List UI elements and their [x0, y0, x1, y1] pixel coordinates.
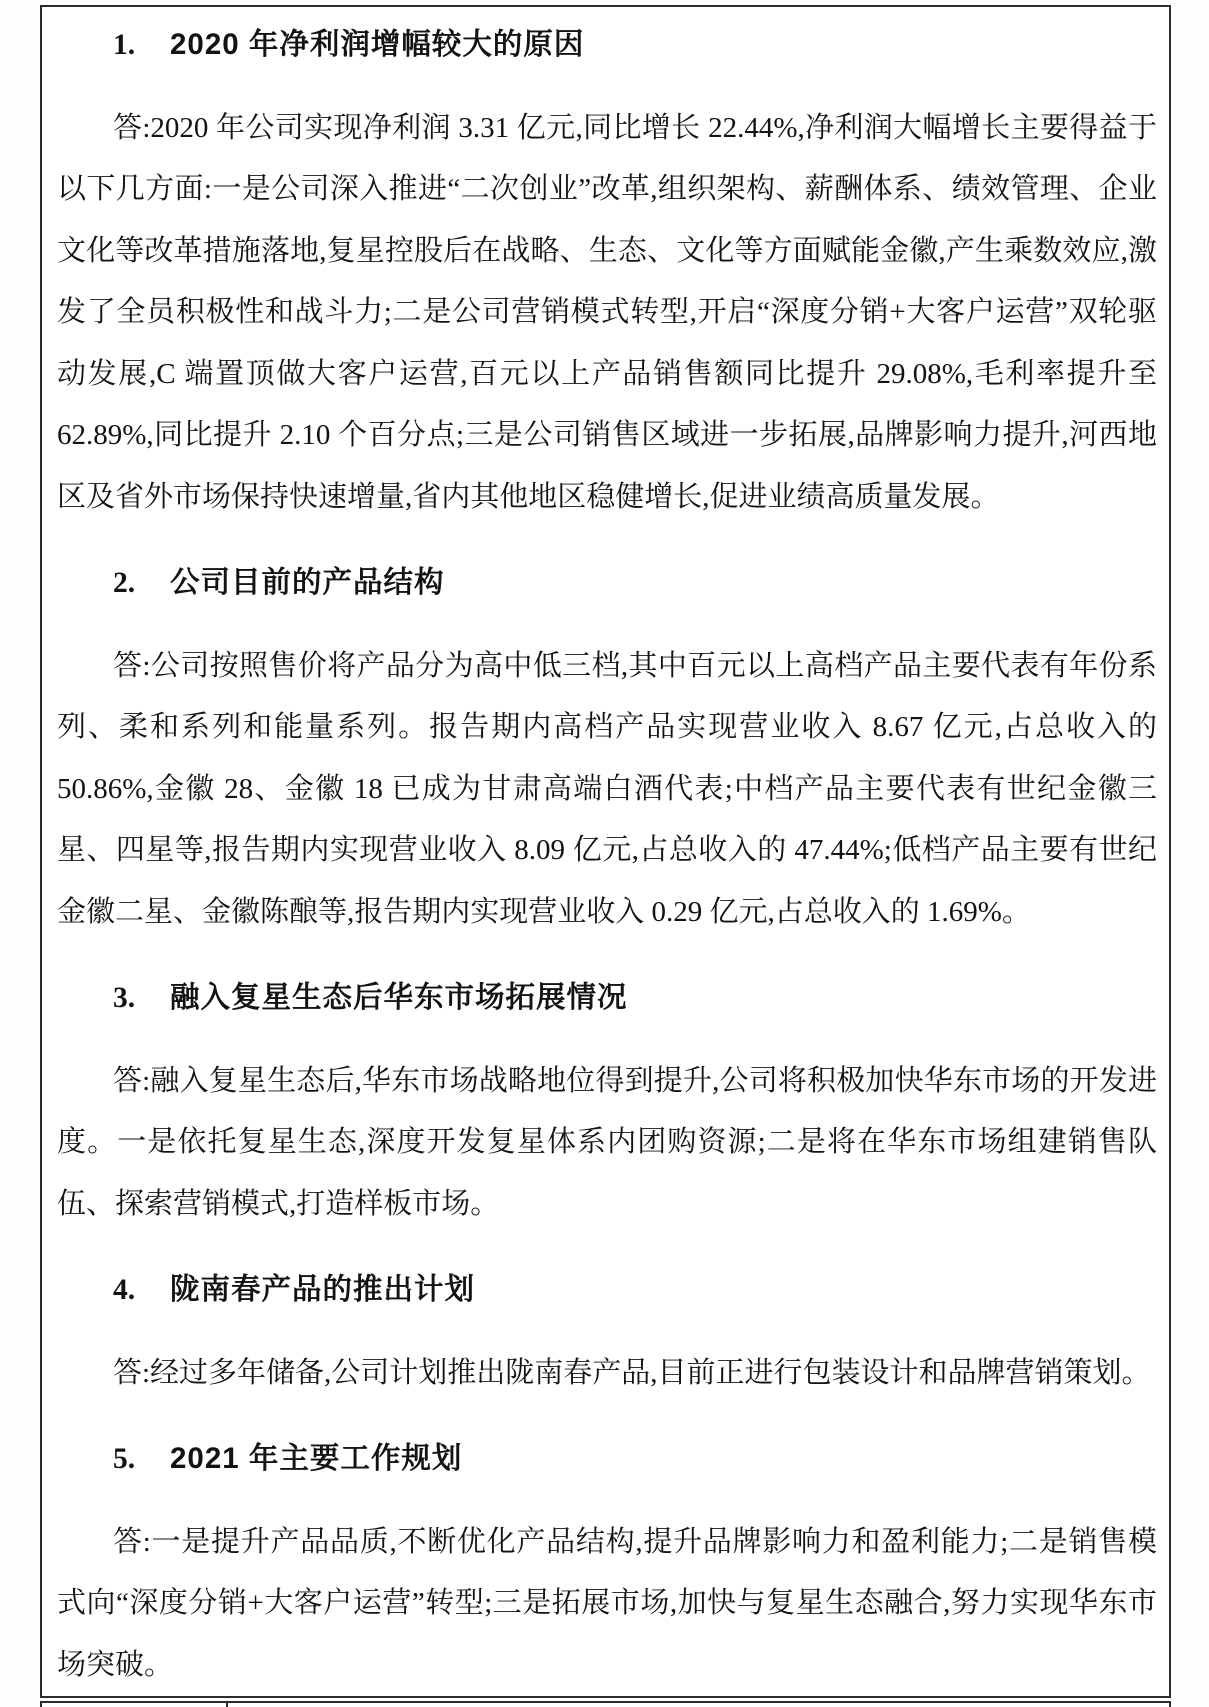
section-title: 陇南春产品的推出计划 [170, 1273, 475, 1306]
qa-document: 1.2020 年净利润增幅较大的原因 答:2020 年公司实现净利润 3.31 … [40, 5, 1171, 1698]
section-number: 2. [113, 553, 170, 615]
section-number: 1. [113, 15, 170, 77]
section-title: 融入复星生态后华东市场拓展情况 [170, 981, 628, 1014]
section-heading: 1.2020 年净利润增幅较大的原因 [57, 14, 1157, 77]
section-number: 3. [113, 968, 170, 1030]
next-table-row-stub [40, 1701, 1171, 1707]
qa-section-3: 3.融入复星生态后华东市场拓展情况 答:融入复星生态后,华东市场战略地位得到提升… [57, 967, 1157, 1235]
qa-section-2: 2.公司目前的产品结构 答:公司按照售价将产品分为高中低三档,其中百元以上高档产… [57, 552, 1157, 943]
table-stub-cell-right [228, 1703, 1169, 1707]
section-title: 2021 年主要工作规划 [170, 1442, 462, 1475]
qa-section-5: 5.2021 年主要工作规划 答:一是提升产品品质,不断优化产品结构,提升品牌影… [57, 1428, 1157, 1696]
qa-section-4: 4.陇南春产品的推出计划 答:经过多年储备,公司计划推出陇南春产品,目前正进行包… [57, 1259, 1157, 1404]
section-answer: 答:公司按照售价将产品分为高中低三档,其中百元以上高档产品主要代表有年份系列、柔… [57, 636, 1157, 944]
table-stub-cell-left [42, 1703, 228, 1707]
section-title: 公司目前的产品结构 [170, 566, 445, 599]
section-answer: 答:一是提升产品品质,不断优化产品结构,提升品牌影响力和盈利能力;二是销售模式向… [57, 1512, 1157, 1697]
section-heading: 3.融入复星生态后华东市场拓展情况 [57, 967, 1157, 1030]
section-answer: 答:2020 年公司实现净利润 3.31 亿元,同比增长 22.44%,净利润大… [57, 98, 1157, 529]
section-heading: 5.2021 年主要工作规划 [57, 1428, 1157, 1491]
qa-section-1: 1.2020 年净利润增幅较大的原因 答:2020 年公司实现净利润 3.31 … [57, 14, 1157, 528]
section-number: 5. [113, 1429, 170, 1491]
section-answer: 答:经过多年储备,公司计划推出陇南春产品,目前正进行包装设计和品牌营销策划。 [57, 1343, 1157, 1405]
section-heading: 4.陇南春产品的推出计划 [57, 1259, 1157, 1322]
section-heading: 2.公司目前的产品结构 [57, 552, 1157, 615]
section-number: 4. [113, 1260, 170, 1322]
section-answer: 答:融入复星生态后,华东市场战略地位得到提升,公司将积极加快华东市场的开发进度。… [57, 1051, 1157, 1236]
section-title: 2020 年净利润增幅较大的原因 [170, 28, 584, 61]
